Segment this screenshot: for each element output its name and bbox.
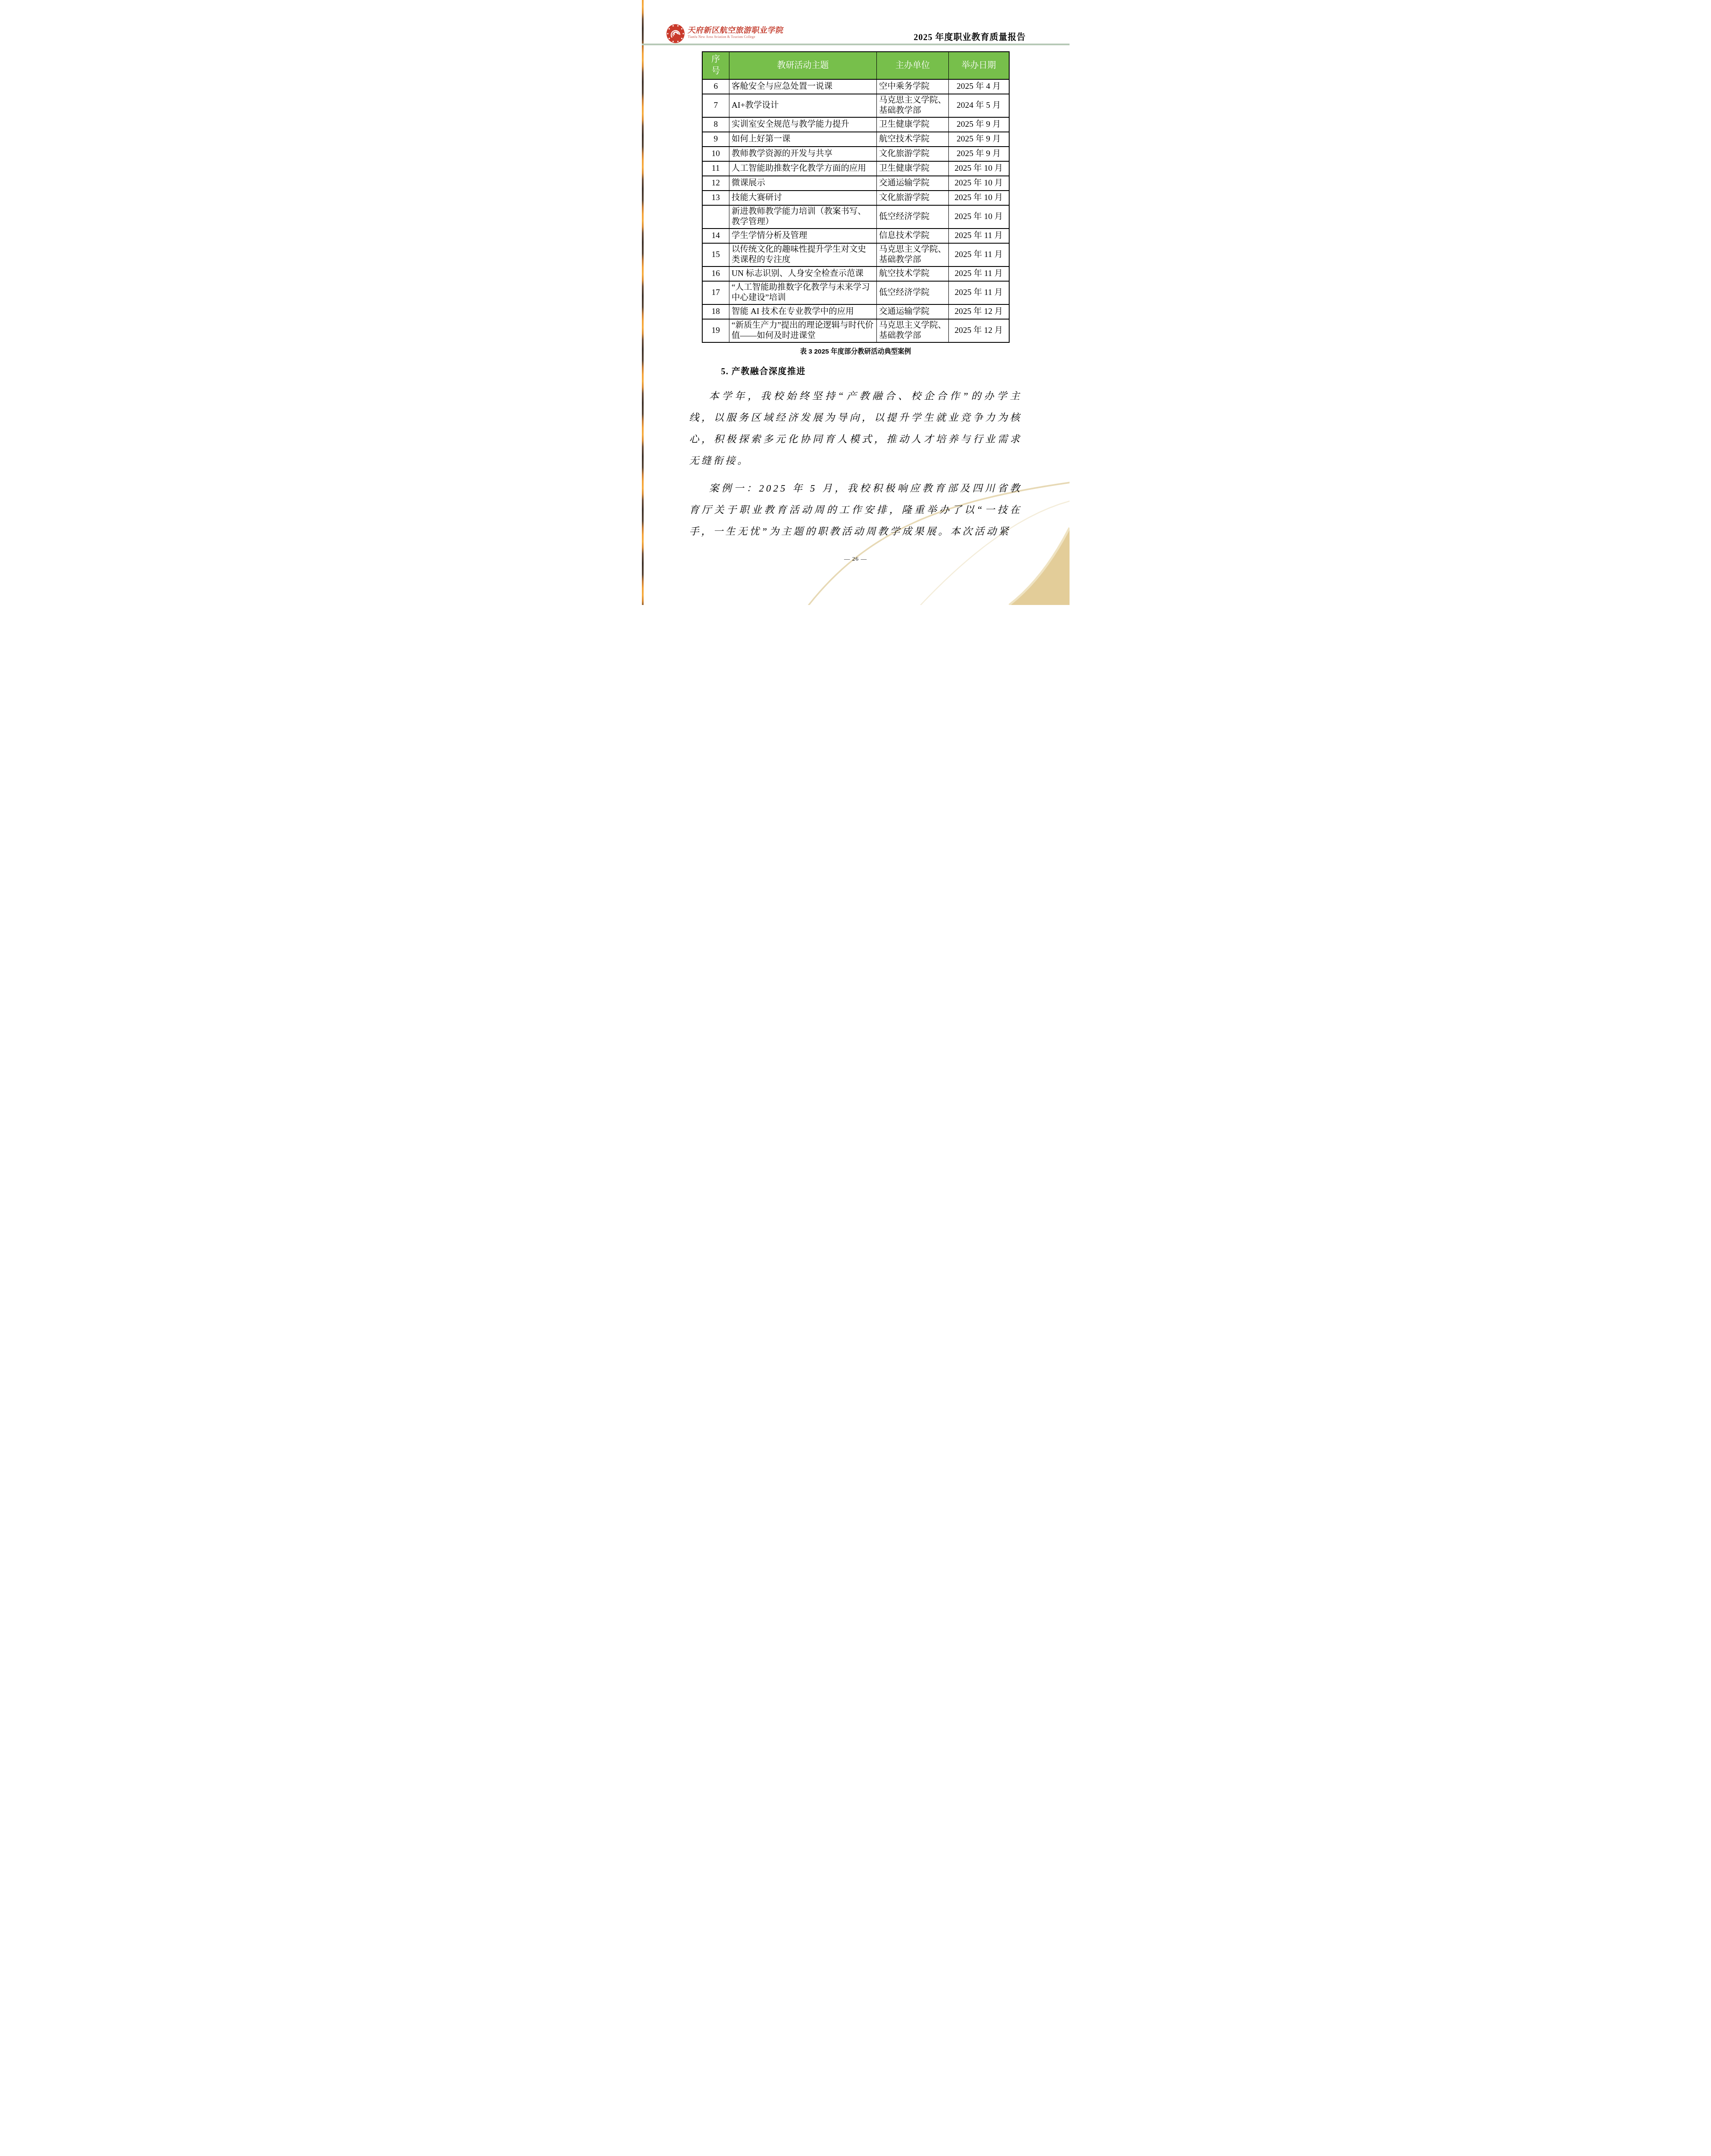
row-number: 16 [702,266,729,281]
row-date: 2025 年 11 月 [949,243,1009,266]
row-organizer: 马克思主义学院、基础教学部 [877,94,949,117]
table-header-row: 序号教研活动主题主办单位举办日期 [702,52,1009,79]
table-row: 新进教师教学能力培训（教案书写、教学管理）低空经济学院2025 年 10 月 [702,205,1009,229]
row-organizer: 空中乘务学院 [877,79,949,94]
row-date: 2025 年 12 月 [949,304,1009,319]
column-header: 教研活动主题 [729,52,877,79]
table-row: 13技能大赛研讨文化旅游学院2025 年 10 月 [702,191,1009,205]
row-date: 2025 年 4 月 [949,79,1009,94]
row-organizer: 文化旅游学院 [877,147,949,161]
row-number: 17 [702,281,729,304]
row-date: 2025 年 9 月 [949,132,1009,147]
row-topic: “新质生产力”提出的理论逻辑与时代价值——如何及时进课堂 [729,319,877,342]
row-number: 10 [702,147,729,161]
row-number [702,205,729,229]
document-page: 天府新区航空旅游职业学院 Tianfu New Area Aviation & … [642,0,1070,605]
row-date: 2025 年 11 月 [949,229,1009,243]
header-divider [642,44,1070,45]
row-topic: 如何上好第一课 [729,132,877,147]
table-row: 12微课展示交通运输学院2025 年 10 月 [702,176,1009,191]
table-row: 14学生学情分析及管理信息技术学院2025 年 11 月 [702,229,1009,243]
body-paragraphs: 本学年，我校始终坚持“产教融合、校企合作”的办学主线，以服务区域经济发展为导向，… [689,385,1022,542]
column-header: 序号 [702,52,729,79]
row-topic: 智能 AI 技术在专业教学中的应用 [729,304,877,319]
row-number: 19 [702,319,729,342]
table-row: 10教师教学资源的开发与共享文化旅游学院2025 年 9 月 [702,147,1009,161]
row-organizer: 马克思主义学院、基础教学部 [877,243,949,266]
row-organizer: 航空技术学院 [877,266,949,281]
row-number: 6 [702,79,729,94]
row-number: 9 [702,132,729,147]
college-name-en: Tianfu New Area Aviation & Tourism Colle… [688,35,800,39]
row-date: 2025 年 9 月 [949,147,1009,161]
row-organizer: 航空技术学院 [877,132,949,147]
table-row: 15以传统文化的趣味性提升学生对文史类课程的专注度马克思主义学院、基础教学部20… [702,243,1009,266]
row-organizer: 马克思主义学院、基础教学部 [877,319,949,342]
table-body: 6客舱安全与应急处置一说课空中乘务学院2025 年 4 月7AI+教学设计马克思… [702,79,1009,342]
row-topic: 微课展示 [729,176,877,191]
table-row: 8实训室安全规范与教学能力提升卫生健康学院2025 年 9 月 [702,117,1009,132]
table-row: 16UN 标志识别、人身安全检查示范课航空技术学院2025 年 11 月 [702,266,1009,281]
row-topic: AI+教学设计 [729,94,877,117]
row-number: 13 [702,191,729,205]
table-row: 19“新质生产力”提出的理论逻辑与时代价值——如何及时进课堂马克思主义学院、基础… [702,319,1009,342]
row-date: 2025 年 10 月 [949,191,1009,205]
row-date: 2025 年 10 月 [949,161,1009,176]
row-organizer: 文化旅游学院 [877,191,949,205]
row-date: 2025 年 9 月 [949,117,1009,132]
row-organizer: 低空经济学院 [877,205,949,229]
row-date: 2025 年 10 月 [949,176,1009,191]
row-number: 15 [702,243,729,266]
row-number: 14 [702,229,729,243]
page-content: 序号教研活动主题主办单位举办日期 6客舱安全与应急处置一说课空中乘务学院2025… [642,51,1070,542]
report-title: 2025 年度职业教育质量报告 [914,30,1026,43]
row-topic: 实训室安全规范与教学能力提升 [729,117,877,132]
table-row: 6客舱安全与应急处置一说课空中乘务学院2025 年 4 月 [702,79,1009,94]
row-topic: 教师教学资源的开发与共享 [729,147,877,161]
column-header: 主办单位 [877,52,949,79]
row-topic: UN 标志识别、人身安全检查示范课 [729,266,877,281]
row-organizer: 交通运输学院 [877,304,949,319]
row-topic: 新进教师教学能力培训（教案书写、教学管理） [729,205,877,229]
table-header: 序号教研活动主题主办单位举办日期 [702,52,1009,79]
row-topic: 技能大赛研讨 [729,191,877,205]
row-date: 2025 年 11 月 [949,281,1009,304]
table-row: 17“人工智能助推数字化教学与未来学习中心建设”培训低空经济学院2025 年 1… [702,281,1009,304]
column-header: 举办日期 [949,52,1009,79]
column-header-label: 序号 [711,54,721,77]
row-organizer: 信息技术学院 [877,229,949,243]
table-row: 18智能 AI 技术在专业教学中的应用交通运输学院2025 年 12 月 [702,304,1009,319]
paragraph: 本学年，我校始终坚持“产教融合、校企合作”的办学主线，以服务区域经济发展为导向，… [689,385,1022,472]
row-number: 12 [702,176,729,191]
activity-table: 序号教研活动主题主办单位举办日期 6客舱安全与应急处置一说课空中乘务学院2025… [702,51,1010,343]
row-date: 2025 年 12 月 [949,319,1009,342]
row-topic: 学生学情分析及管理 [729,229,877,243]
paragraph: 案例一：2025 年 5 月，我校积极响应教育部及四川省教育厅关于职业教育活动周… [689,478,1022,542]
college-seal-logo-icon [666,24,685,44]
row-number: 8 [702,117,729,132]
row-organizer: 卫生健康学院 [877,161,949,176]
row-number: 18 [702,304,729,319]
table-row: 9如何上好第一课航空技术学院2025 年 9 月 [702,132,1009,147]
row-organizer: 卫生健康学院 [877,117,949,132]
table-row: 11人工智能助推数字化教学方面的应用卫生健康学院2025 年 10 月 [702,161,1009,176]
row-topic: 人工智能助推数字化教学方面的应用 [729,161,877,176]
row-topic: 客舱安全与应急处置一说课 [729,79,877,94]
row-date: 2025 年 10 月 [949,205,1009,229]
table-row: 7AI+教学设计马克思主义学院、基础教学部2024 年 5 月 [702,94,1009,117]
row-topic: 以传统文化的趣味性提升学生对文史类课程的专注度 [729,243,877,266]
row-number: 11 [702,161,729,176]
row-organizer: 交通运输学院 [877,176,949,191]
table-caption: 表 3 2025 年度部分教研活动典型案例 [642,346,1070,356]
row-date: 2024 年 5 月 [949,94,1009,117]
college-name-cn: 天府新区航空旅游职业学院 [687,24,801,35]
row-number: 7 [702,94,729,117]
row-organizer: 低空经济学院 [877,281,949,304]
page-number: — 26 — [642,555,1070,562]
row-topic: “人工智能助推数字化教学与未来学习中心建设”培训 [729,281,877,304]
row-date: 2025 年 11 月 [949,266,1009,281]
section-heading: 5. 产教融合深度推进 [721,364,1070,377]
